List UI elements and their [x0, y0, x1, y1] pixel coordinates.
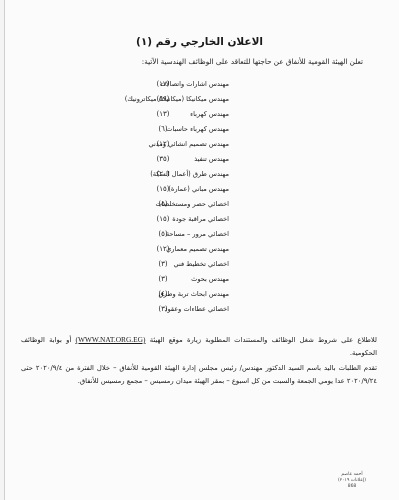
job-title: اخصائي تخطيط فني	[173, 260, 229, 268]
signature-code: 868	[327, 484, 377, 490]
job-item: مهندس تنفيذ(٣٥)	[0, 155, 399, 170]
job-count: (٥٩)	[148, 95, 178, 103]
job-item: اخصائي تخطيط فني(٣)	[0, 260, 399, 275]
job-count: (٣٥)	[148, 155, 178, 163]
job-item: مهندس كهرباء حاسبات(٦)	[0, 125, 399, 140]
job-item: اخصائي مراقبة جودة(١٥)	[0, 215, 399, 230]
info-text: للاطلاع على شروط شغل الوظائف والمستندات …	[150, 336, 377, 344]
job-item: مهندس بحوث(٣)	[0, 275, 399, 290]
job-count: (١٣)	[148, 110, 178, 118]
announcement-intro: تعلن الهيئة القومية للأنفاق عن حاجتها لل…	[23, 57, 363, 66]
job-count: (٤)	[148, 290, 178, 298]
submission-paragraph: تقدم الطلبات باليد باسم السيد الدكتور مه…	[21, 362, 377, 387]
job-item: اخصائي حصر ومستخلصات(٥)	[0, 200, 399, 215]
website-link[interactable]: (WWW.NAT.ORG.EG)	[75, 335, 145, 344]
announcement-title: الاعلان الخارجي رقم (١)	[0, 36, 399, 48]
job-item: مهندس ميكانيكا (ميكانيكا/ ميكاترونيك)(٥٩…	[0, 95, 399, 110]
job-count: (١٧)	[148, 80, 178, 88]
job-count: (٦)	[148, 125, 178, 133]
job-count: (١٥)	[148, 185, 178, 193]
job-item: مهندس اشارات واتصالات(١٧)	[0, 80, 399, 95]
job-item: اخصائي عطاءات وعقود(٣)	[0, 305, 399, 320]
job-count: (٥)	[148, 230, 178, 238]
job-count: (٣)	[148, 305, 178, 313]
job-count: (٣)	[148, 260, 178, 268]
job-count: (١٢)	[148, 140, 178, 148]
job-item: مهندس ابحاث تربة وطرق(٤)	[0, 290, 399, 305]
job-title: اخصائي مراقبة جودة	[172, 215, 229, 223]
job-item: مهندس طرق (أعمال السكة)(٢٠)	[0, 170, 399, 185]
job-item: مهندس تصميم انشائي ومدني(١٢)	[0, 140, 399, 155]
job-item: مهندس مباني (عمارة)(١٥)	[0, 185, 399, 200]
job-title: مهندس بحوث	[191, 275, 229, 283]
job-count: (٢٠)	[148, 170, 178, 178]
job-count: (١٢)	[148, 245, 178, 253]
signature-block: أحمد عاصم (إعلانات ٢٠١٩) 868	[327, 472, 377, 490]
job-item: مهندس تصميم معماري(١٢)	[0, 245, 399, 260]
job-count: (٣)	[148, 275, 178, 283]
info-paragraph: للاطلاع على شروط شغل الوظائف والمستندات …	[21, 334, 377, 359]
job-count: (١٥)	[148, 215, 178, 223]
job-item: مهندس كهرباء(١٣)	[0, 110, 399, 125]
job-title: مهندس تنفيذ	[194, 155, 229, 163]
job-title: مهندس كهرباء	[190, 110, 229, 118]
job-item: اخصائي مرور – مساحة(٥)	[0, 230, 399, 245]
job-count: (٥)	[148, 200, 178, 208]
